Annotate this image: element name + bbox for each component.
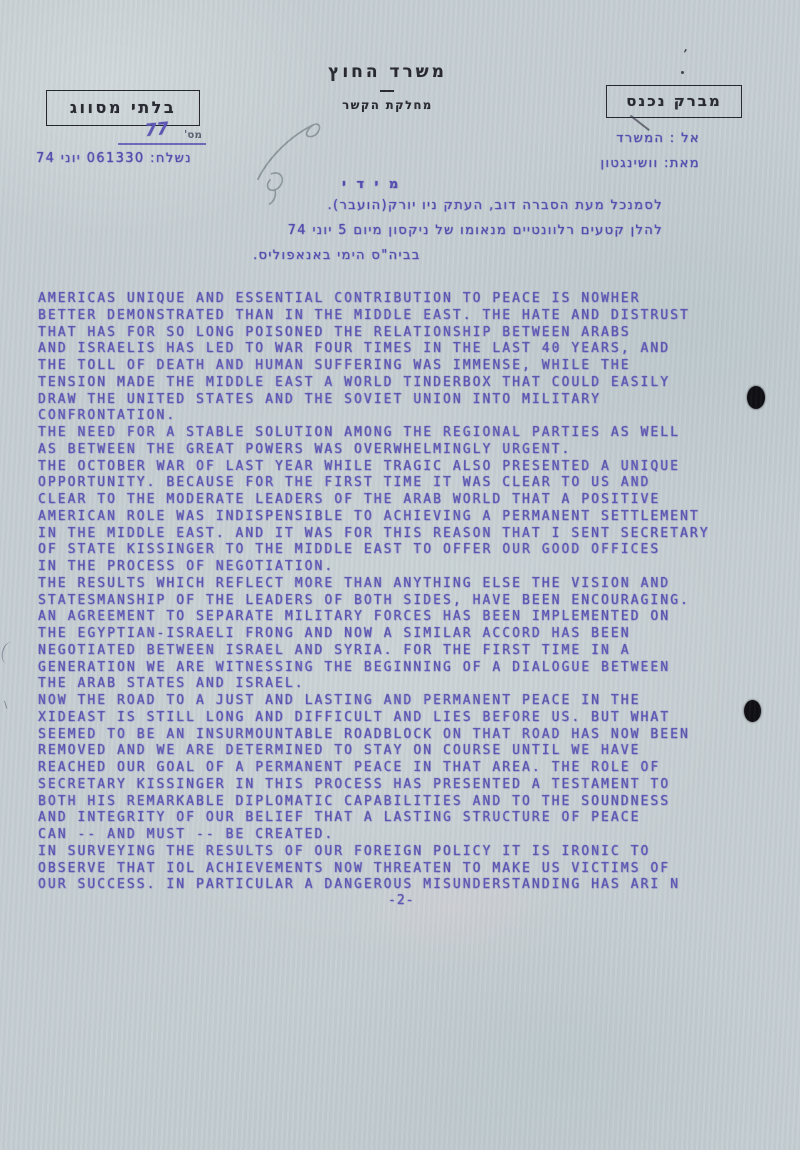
body-paragraph-2: THE NEED FOR A STABLE SOLUTION AMONG THE… [38, 425, 762, 459]
hebrew-body-line-1: לסמנכל מעת הסברה דוב, העתק ניו יורק(הועב… [327, 198, 663, 213]
ministry-title: משרד החוץ [290, 62, 485, 82]
punch-hole-bottom [744, 700, 761, 722]
left-margin-pen-tick [4, 699, 11, 708]
left-margin-pen-mark [0, 641, 18, 666]
body-paragraph-6: IN SURVEYING THE RESULTS OF OUR FOREIGN … [38, 844, 762, 894]
pen-dot-mark [681, 71, 684, 74]
telegram-scan-page: משרד החוץ מחלקת הקשר בלתי מסווג מברק נכנ… [0, 0, 800, 1150]
body-paragraph-3: THE OCTOBER WAR OF LAST YEAR WHILE TRAGI… [38, 459, 762, 576]
handwritten-number: 77 [144, 119, 170, 141]
handwritten-scribble [232, 111, 345, 209]
pen-tick-mark: ’ [680, 46, 688, 65]
body-paragraph-1: AMERICAS UNIQUE AND ESSENTIAL CONTRIBUTI… [38, 291, 762, 425]
from-line: מאת: וושינגטון [601, 156, 700, 171]
number-underline [118, 143, 206, 145]
classification-stamp: בלתי מסווג [46, 90, 200, 126]
page-number: -2- [388, 893, 414, 910]
incoming-telegram-stamp: מברק נכנס [606, 85, 742, 118]
body-paragraph-5: NOW THE ROAD TO A JUST AND LASTING AND P… [38, 693, 762, 844]
priority-line: מ י ד י [342, 177, 401, 192]
sent-line: נשלח: 061330 יוני 74 [36, 151, 192, 166]
body-paragraph-4: THE RESULTS WHICH REFLECT MORE THAN ANYT… [38, 576, 762, 693]
english-body: AMERICAS UNIQUE AND ESSENTIAL CONTRIBUTI… [38, 291, 762, 894]
punch-hole-top [747, 386, 765, 409]
department-subtitle: מחלקת הקשר [290, 98, 485, 112]
number-label: מס' [184, 129, 202, 141]
letterhead-divider [380, 90, 394, 92]
hebrew-body-line-3: בביה"ס הימי באנאפוליס. [253, 248, 421, 263]
hebrew-body-line-2: להלן קטעים רלוונטיים מנאומו של ניקסון מי… [288, 223, 663, 238]
to-line: אל : המשרד [616, 131, 700, 146]
